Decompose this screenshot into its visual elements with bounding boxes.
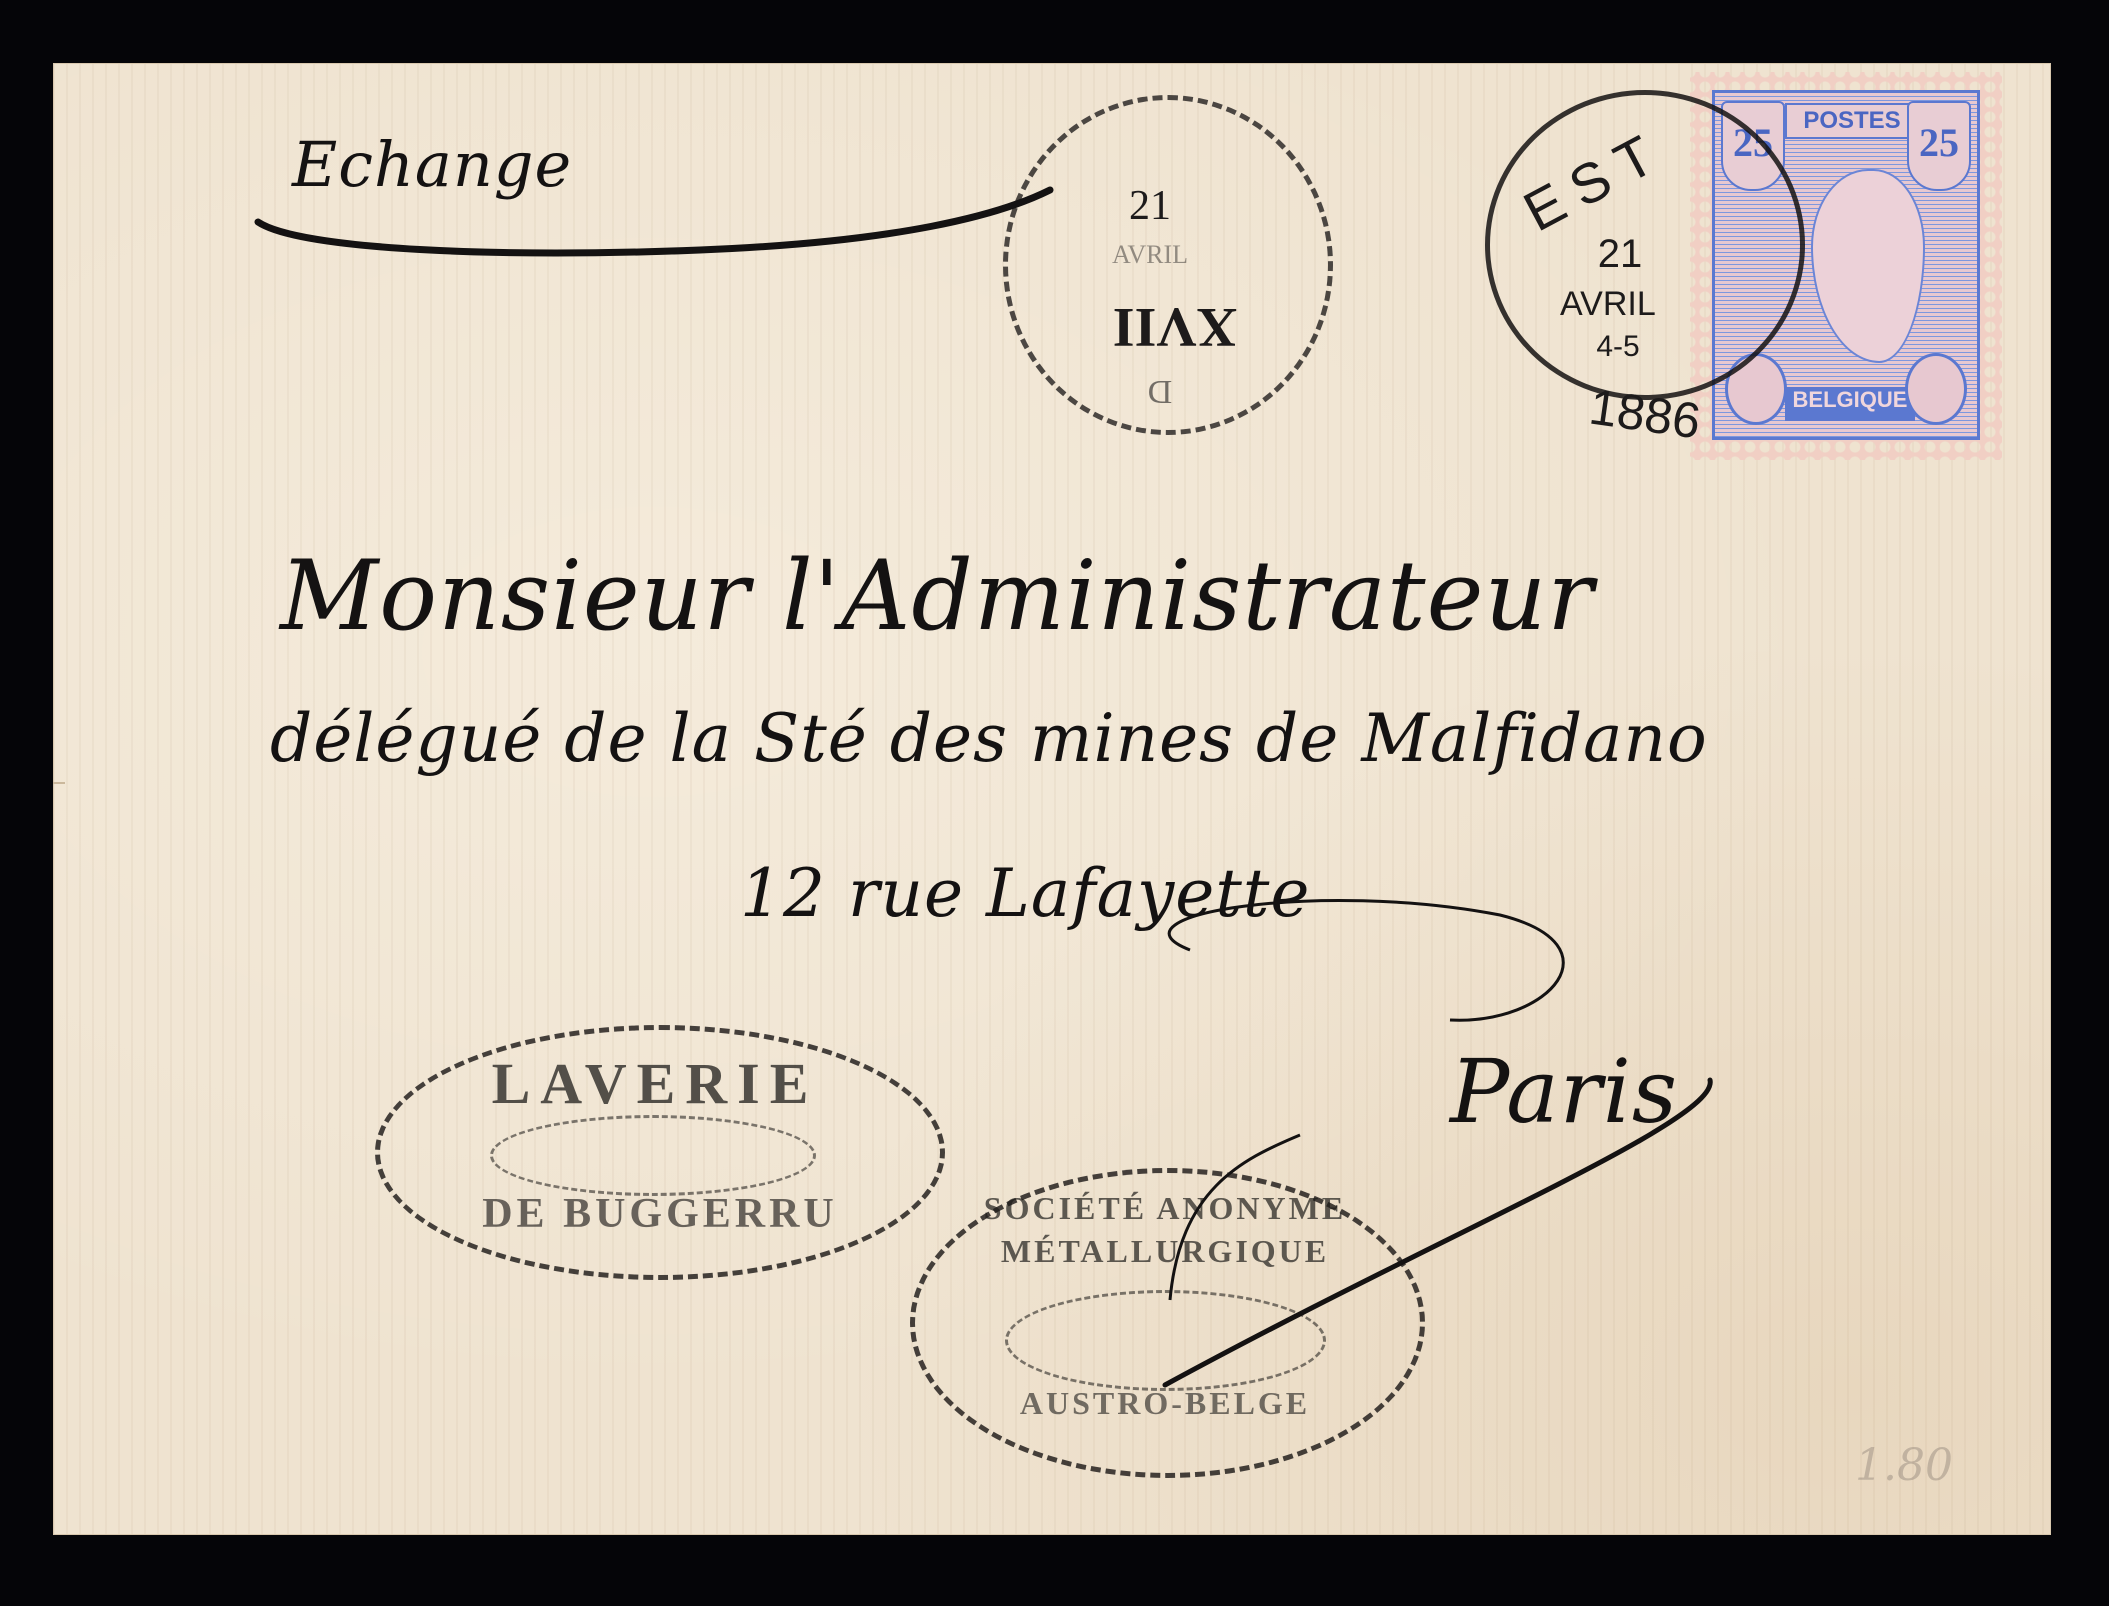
pen-flourishes (0, 0, 2109, 1606)
